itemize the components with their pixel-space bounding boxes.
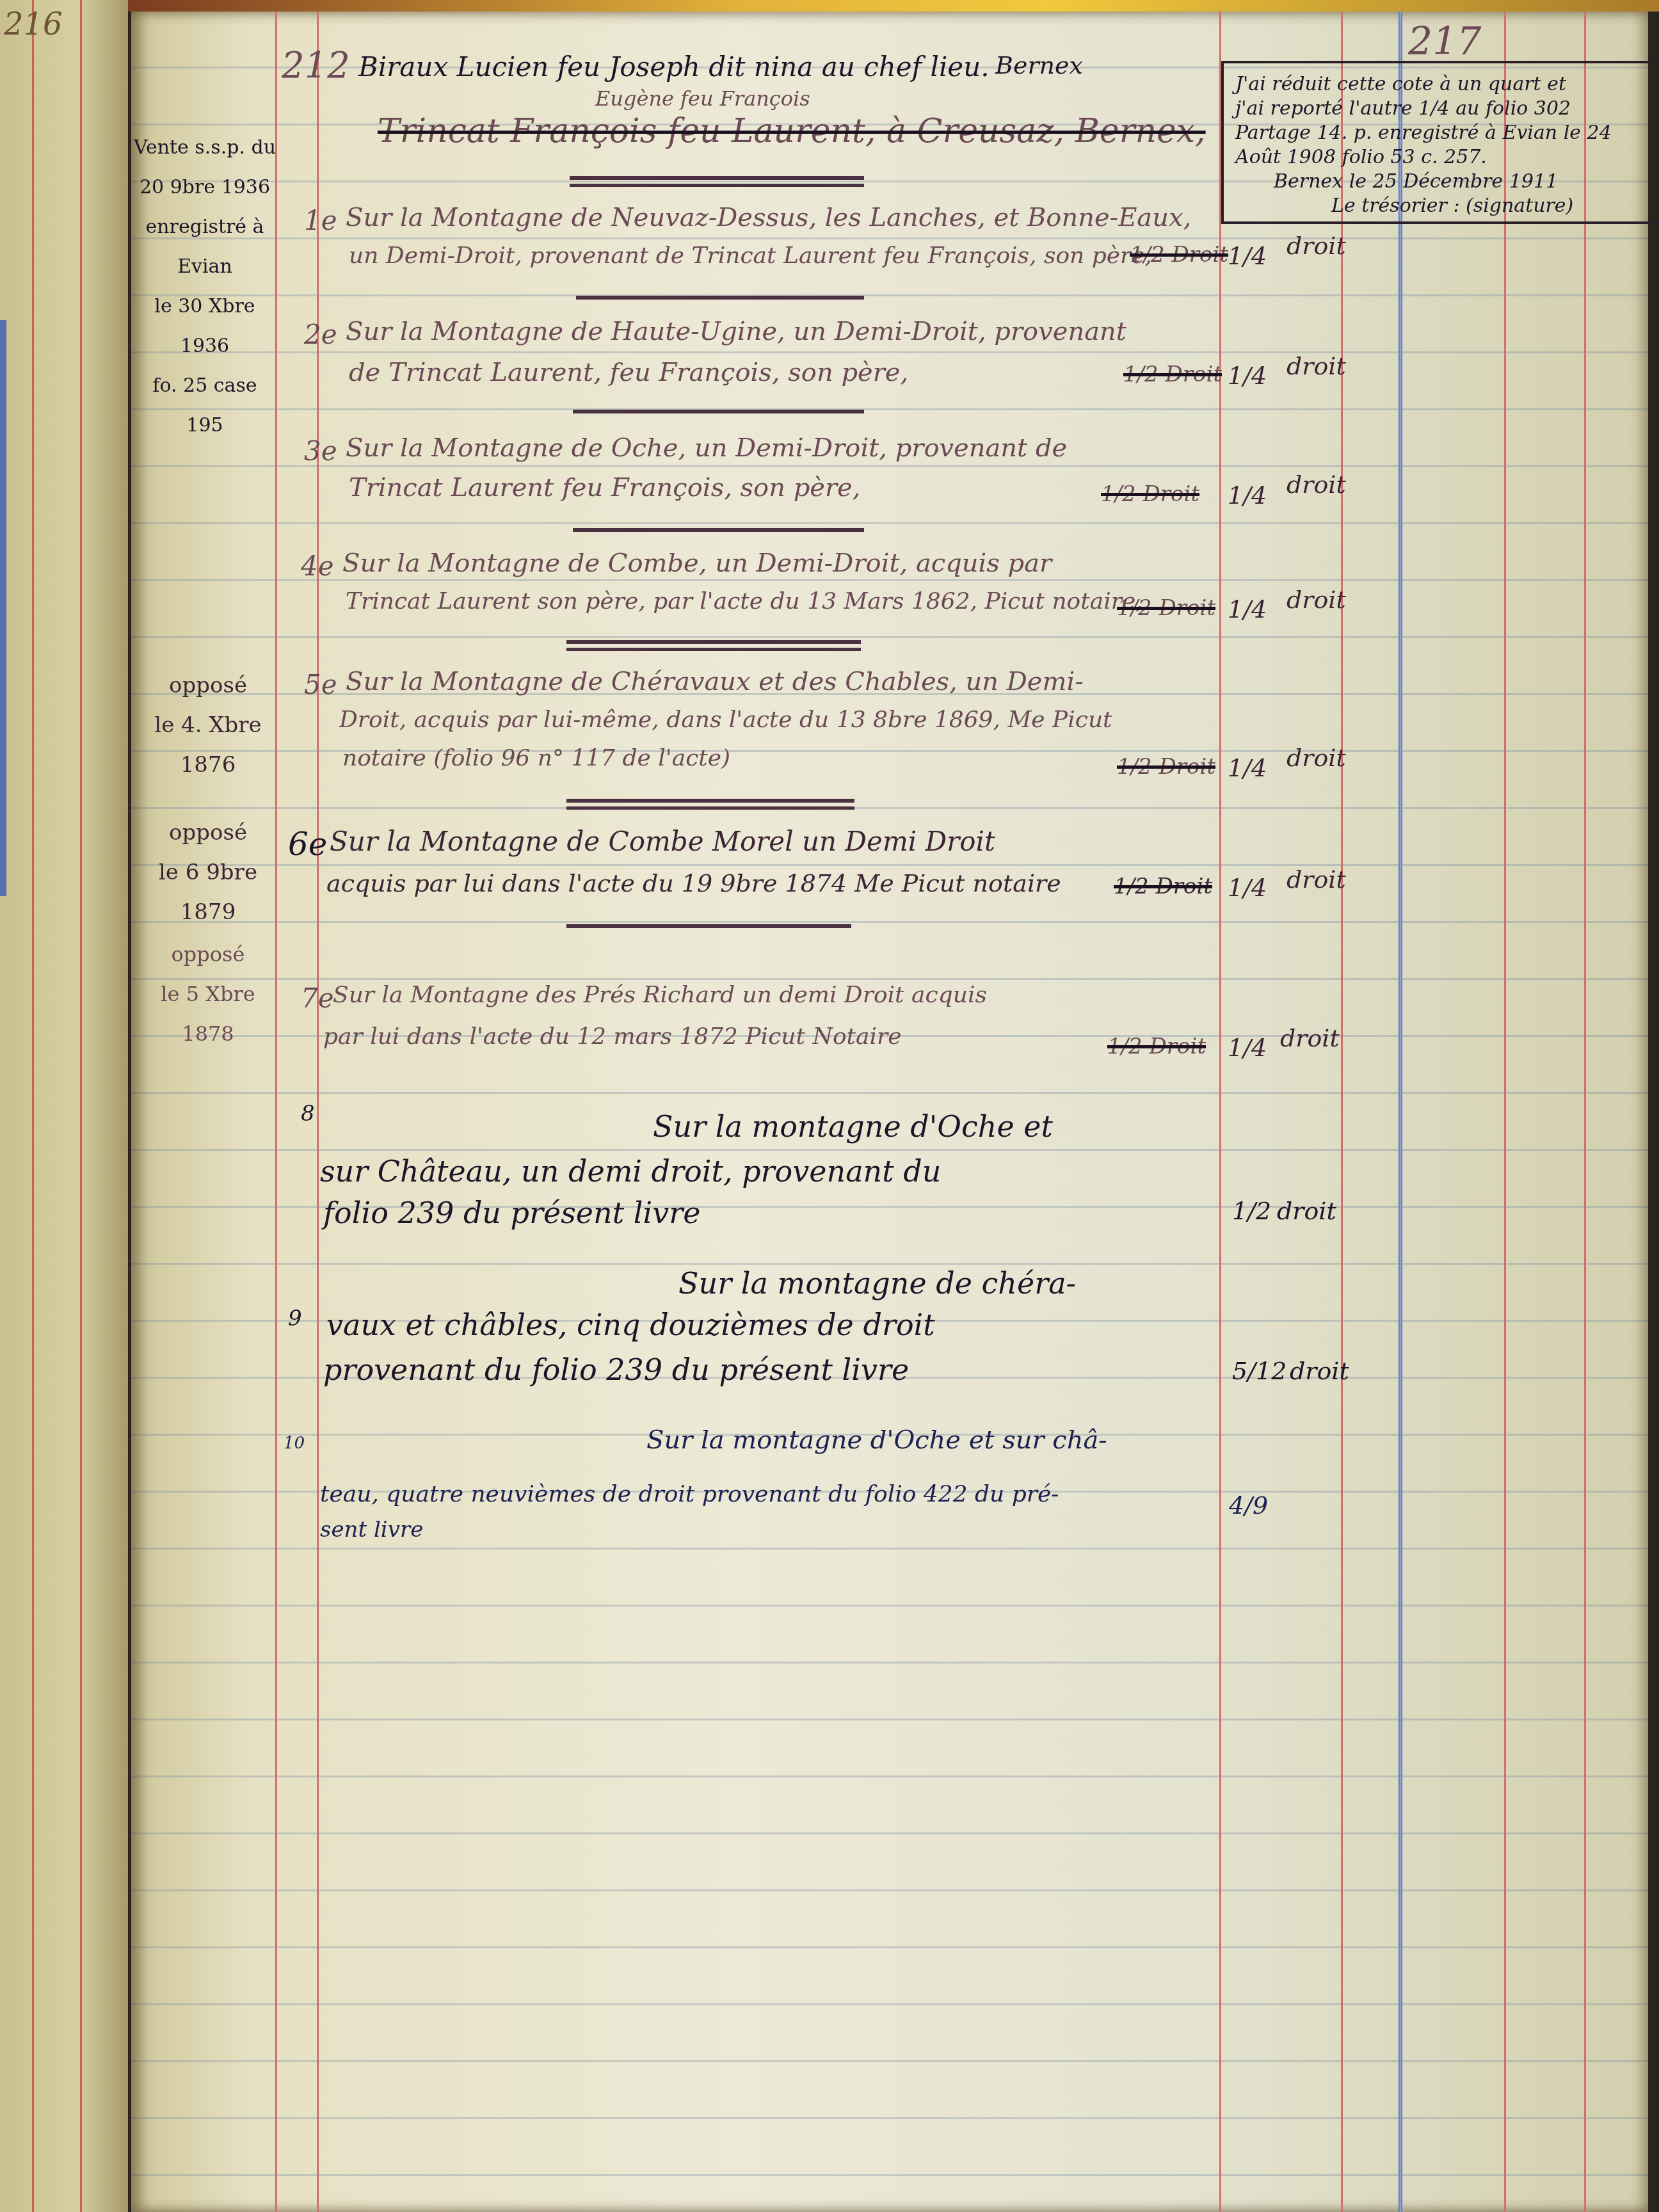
share-rule: [1219, 12, 1221, 2212]
margin-line: le 4. Xbre 1876: [138, 705, 278, 785]
share-unit: droit: [1286, 470, 1346, 499]
right-rule: [1504, 12, 1506, 2212]
margin-line: le 30 Xbre 1936: [131, 287, 278, 366]
previous-page-edge: 216: [0, 0, 128, 2212]
note-line: j'ai reporté l'autre 1/4 au folio 302: [1235, 97, 1645, 121]
entry-line: sent livre: [320, 1504, 423, 1555]
share-fraction: 1/4: [1228, 595, 1267, 623]
note-line: Partage 14. p. enregistré à Evian le 24: [1235, 121, 1645, 145]
share-unit: droit: [1280, 1024, 1340, 1052]
entry-line: de Trincat Laurent, feu François, son pè…: [349, 347, 908, 398]
note-line: J'ai réduit cette cote à un quart et: [1235, 72, 1645, 97]
share-fraction: 1/4: [1228, 481, 1267, 509]
entry-number: 6e: [288, 826, 327, 863]
separator: [573, 528, 864, 532]
old-share: 1/2 Droit: [1130, 242, 1228, 268]
entry-number: 3e: [304, 435, 337, 467]
separator: [566, 799, 854, 803]
right-rule-2: [1584, 12, 1586, 2212]
entry-line: vaux et châbles, cinq douzièmes de droit: [326, 1299, 935, 1350]
entry-number: 7e: [301, 982, 334, 1014]
share-unit: droit: [1286, 586, 1346, 614]
share-unit: droit: [1277, 1197, 1336, 1225]
old-share: 1/2 Droit: [1114, 874, 1212, 899]
entry-number: 5e: [304, 669, 337, 700]
share-fraction: 1/2: [1232, 1197, 1271, 1225]
margin-line: opposé: [138, 934, 278, 974]
bookmark-tab: [0, 320, 6, 896]
share-fraction: 4/9: [1229, 1491, 1268, 1519]
old-share: 1/2 Droit: [1123, 362, 1222, 387]
entry-line: par lui dans l'acte du 12 mars 1872 Picu…: [323, 1011, 902, 1062]
owner-line: Biraux Lucien feu Joseph dit nina au che…: [358, 51, 990, 83]
margin-line: enregistré à Evian: [131, 207, 278, 287]
margin-line: 20 9bre 1936: [131, 168, 278, 207]
separator: [566, 640, 861, 644]
margin-note-opposition-5: opposé le 4. Xbre 1876: [138, 666, 278, 785]
share-unit: droit: [1290, 1357, 1349, 1385]
share-fraction: 1/4: [1228, 754, 1267, 782]
old-share: 1/2 Droit: [1117, 595, 1215, 621]
separator: [566, 924, 851, 928]
book-top-edge: [128, 0, 1659, 12]
entry-line: Trincat Laurent son père, par l'acte du …: [346, 576, 1143, 627]
correction-note: J'ai réduit cette cote à un quart et j'a…: [1221, 61, 1656, 224]
old-share: 1/2 Droit: [1117, 754, 1215, 780]
entry-line: acquis par lui dans l'acte du 19 9bre 18…: [326, 858, 1061, 909]
entry-line: provenant du folio 239 du présent livre: [323, 1344, 909, 1395]
red-rule: [32, 0, 34, 2212]
red-rule: [80, 0, 82, 2212]
folio-right: 217: [1408, 19, 1482, 64]
note-line: Août 1908 folio 53 c. 257.: [1235, 145, 1645, 170]
entry-number: 9: [288, 1306, 302, 1331]
header-insertion: Eugène feu François: [595, 86, 810, 111]
share-fraction: 1/4: [1228, 242, 1267, 270]
margin-line: opposé: [138, 813, 278, 853]
separator: [573, 410, 864, 413]
blue-rule: [1399, 12, 1402, 2212]
margin-line: fo. 25 case 195: [131, 366, 278, 445]
entry-line: Sur la montagne d'Oche et sur châ-: [646, 1415, 1107, 1466]
note-signature: Le trésorier : (signature): [1235, 194, 1645, 218]
entry-number: 1e: [304, 205, 337, 236]
struck-header-line: Trincat François feu Laurent, à Creusaz,…: [378, 112, 1206, 150]
old-share: 1/2 Droit: [1107, 1034, 1206, 1059]
previous-page-folio: 216: [4, 6, 63, 42]
separator: [570, 176, 864, 180]
entry-line: notaire (folio 96 n° 117 de l'acte): [342, 733, 730, 784]
entry-number: 2e: [304, 319, 337, 350]
entry-line: folio 239 du présent livre: [323, 1187, 700, 1238]
margin-note-opposition-6: opposé le 6 9bre 1879: [138, 813, 278, 932]
share-fraction: 5/12: [1232, 1357, 1286, 1385]
share-unit: droit: [1286, 744, 1346, 772]
note-line: Bernex le 25 Décembre 1911: [1235, 170, 1645, 194]
entry-line: teau, quatre neuvièmes de droit provenan…: [320, 1469, 1059, 1520]
share-fraction: 1/4: [1228, 874, 1267, 902]
share-unit: droit: [1286, 352, 1346, 380]
entry-line: un Demi-Droit, provenant de Trincat Laur…: [349, 230, 1152, 282]
old-share: 1/2 Droit: [1101, 481, 1199, 507]
entry-number: 10: [284, 1434, 305, 1453]
owner-place: Bernex: [995, 51, 1083, 79]
folio-left: 212: [282, 45, 350, 86]
share-unit: droit: [1286, 232, 1346, 260]
margin-note-sale: Vente s.s.p. du 20 9bre 1936 enregistré …: [131, 128, 278, 445]
separator: [576, 296, 864, 300]
share-rule-2: [1341, 12, 1343, 2212]
entry-number: 8: [301, 1101, 315, 1126]
share-fraction: 1/4: [1228, 1034, 1267, 1062]
entry-line: Sur la montagne d'Oche et: [653, 1101, 1053, 1152]
margin-line: le 6 9bre 1879: [138, 853, 278, 932]
share-fraction: 1/4: [1228, 362, 1267, 390]
entry-line: Trincat Laurent feu François, son père,: [349, 462, 860, 513]
share-unit: droit: [1286, 865, 1346, 894]
margin-line: le 5 Xbre 1878: [138, 974, 278, 1054]
margin-line: opposé: [138, 666, 278, 705]
entry-number: 4e: [301, 550, 334, 582]
margin-note-opposition-7: opposé le 5 Xbre 1878: [138, 934, 278, 1054]
margin-line: Vente s.s.p. du: [131, 128, 278, 168]
